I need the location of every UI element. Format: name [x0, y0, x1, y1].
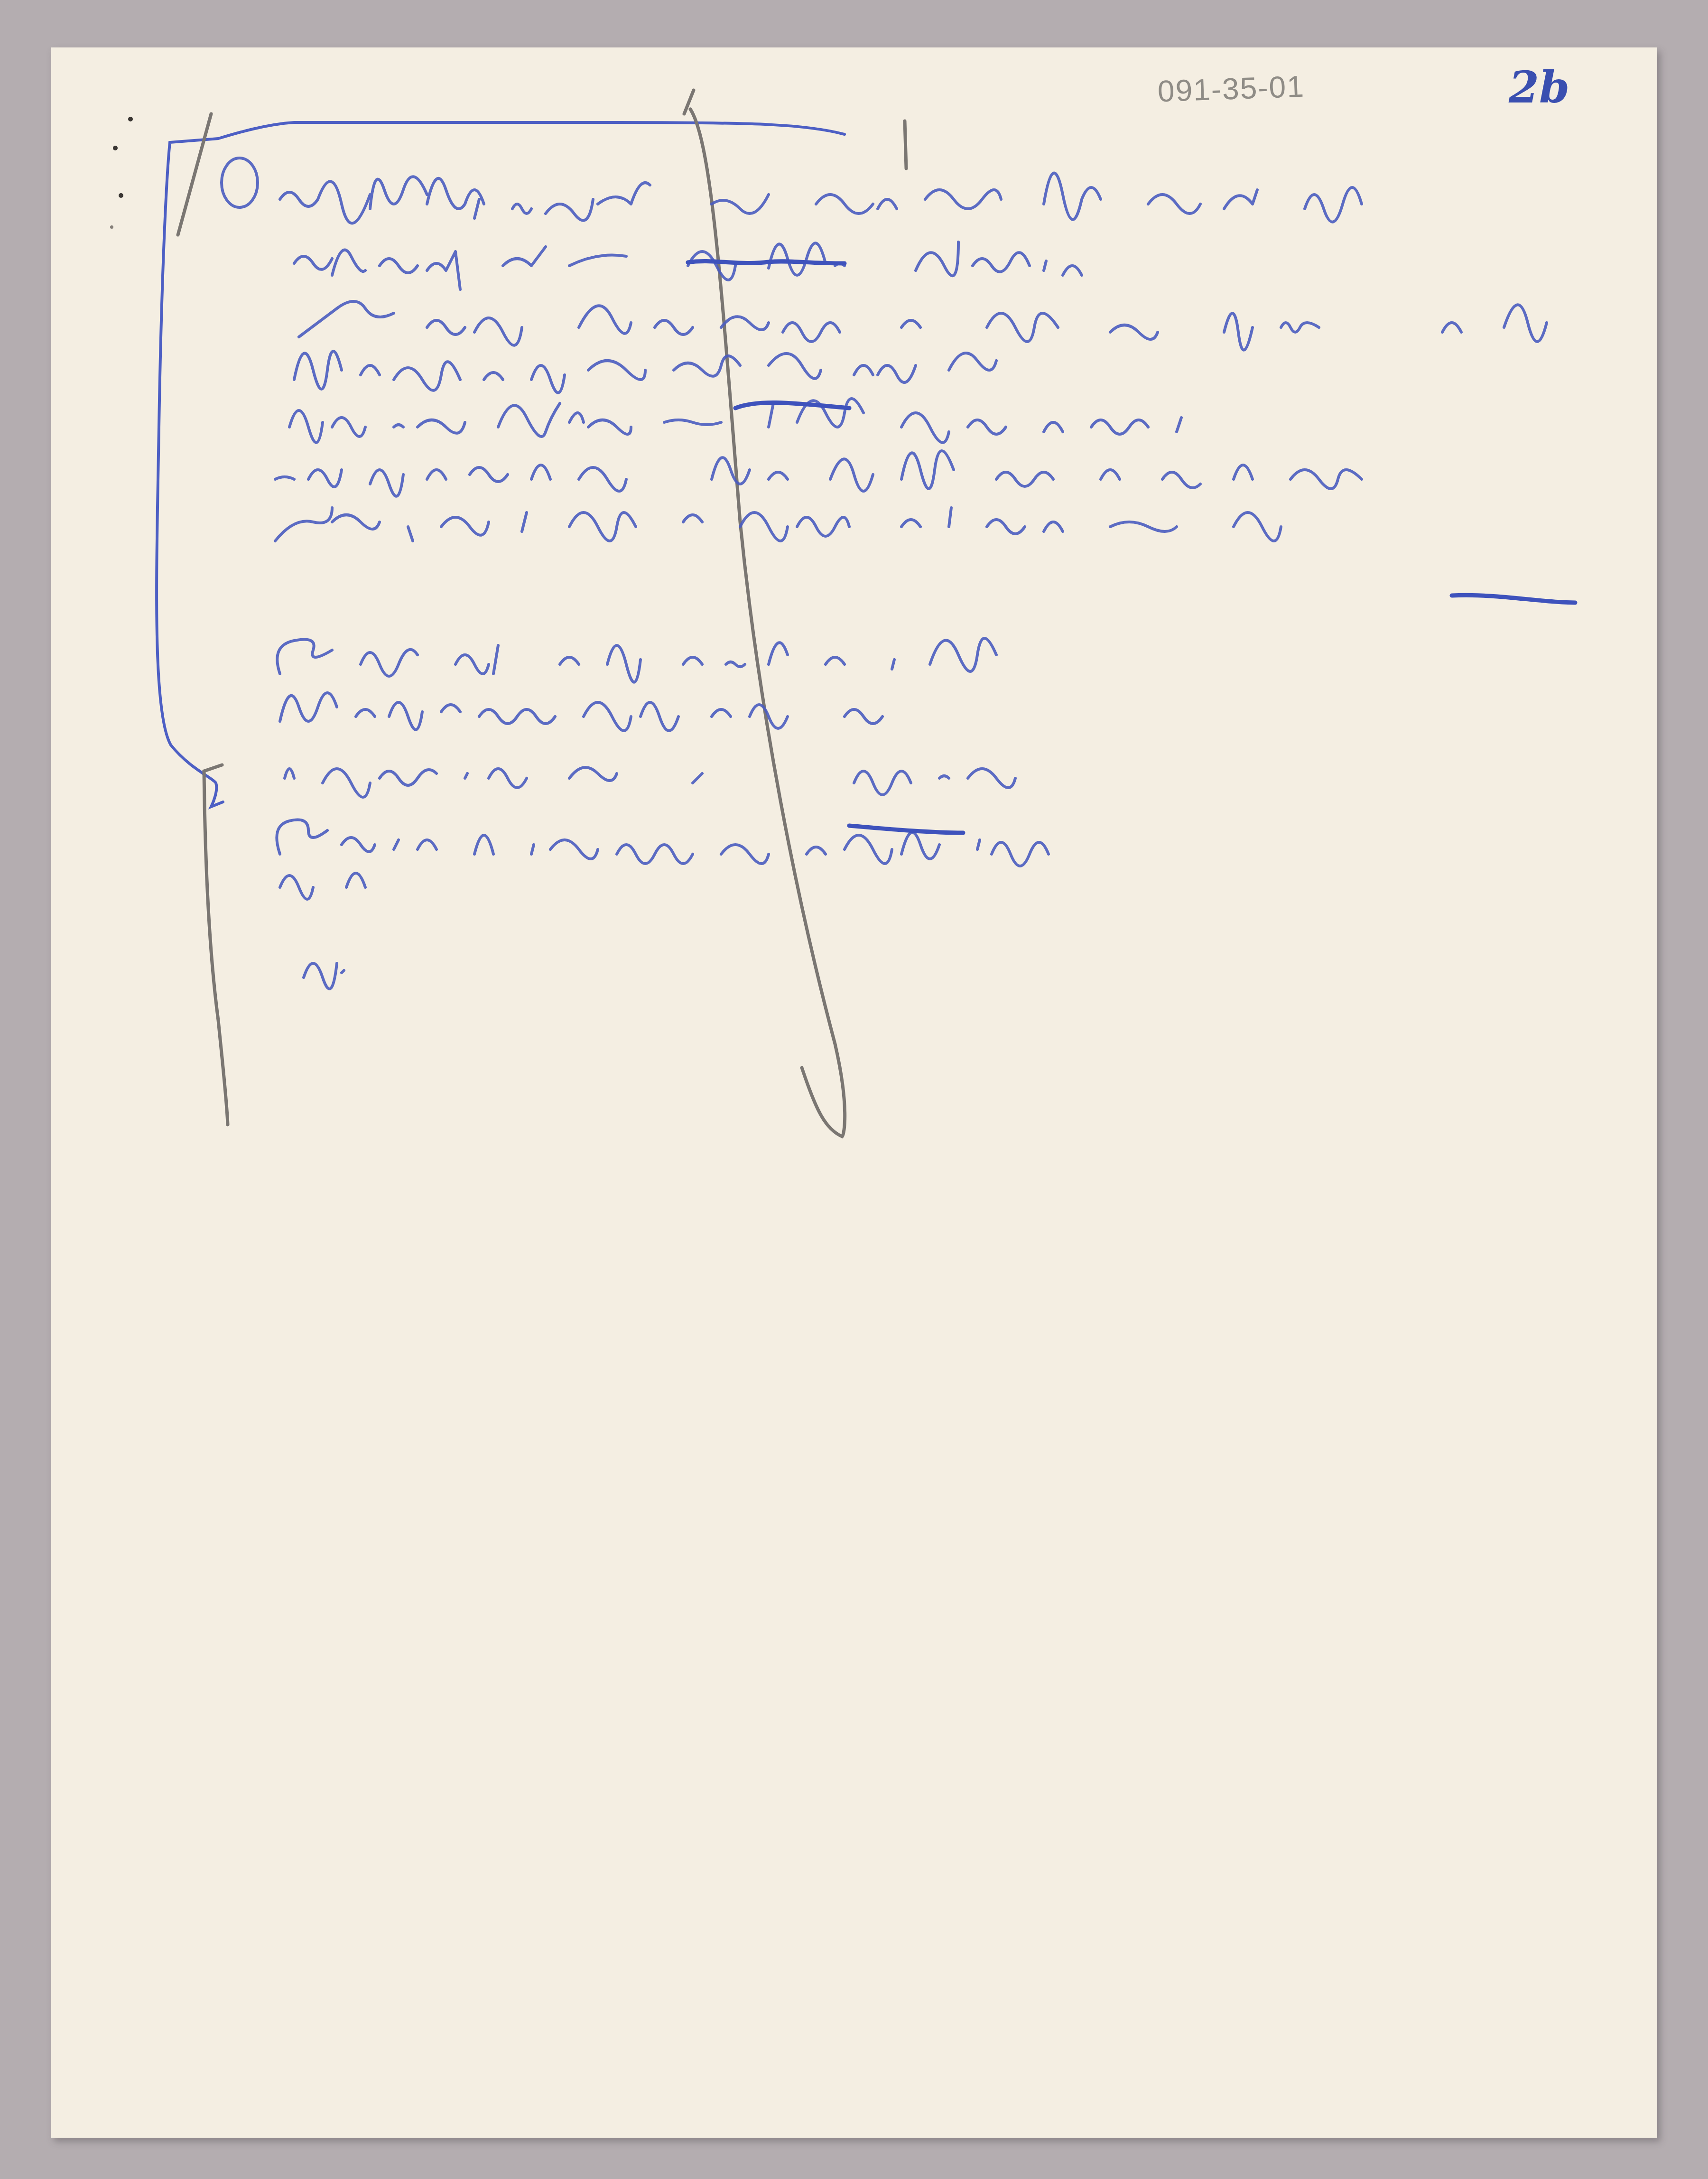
pencil-slash [178, 114, 211, 235]
shorthand-line-10 [285, 767, 1015, 797]
shorthand-line-11 [277, 820, 1049, 866]
pencil-tick [905, 121, 906, 168]
paragraph-marker-icon [222, 158, 258, 207]
strikethrough [735, 402, 849, 408]
shorthand-line-6 [275, 451, 1362, 496]
shorthand-line-5 [289, 399, 1181, 443]
strikethrough [1452, 595, 1575, 603]
shorthand-line-12 [280, 873, 365, 899]
handwriting-layer [0, 0, 1708, 2179]
pencil-margin-line [204, 765, 228, 1125]
shorthand-line-3 [299, 301, 1547, 350]
shorthand-line-2 [294, 242, 1082, 289]
shorthand-line-1 [280, 173, 1362, 223]
ink-bracket [157, 122, 845, 807]
shorthand-line-8 [277, 638, 996, 682]
shorthand-line-13 [304, 963, 344, 989]
strikethrough [849, 826, 963, 833]
shorthand-line-4 [294, 351, 996, 393]
shorthand-body [275, 173, 1547, 989]
strikethrough [688, 261, 845, 263]
shorthand-line-7 [275, 508, 1281, 541]
shorthand-line-9 [280, 693, 882, 731]
